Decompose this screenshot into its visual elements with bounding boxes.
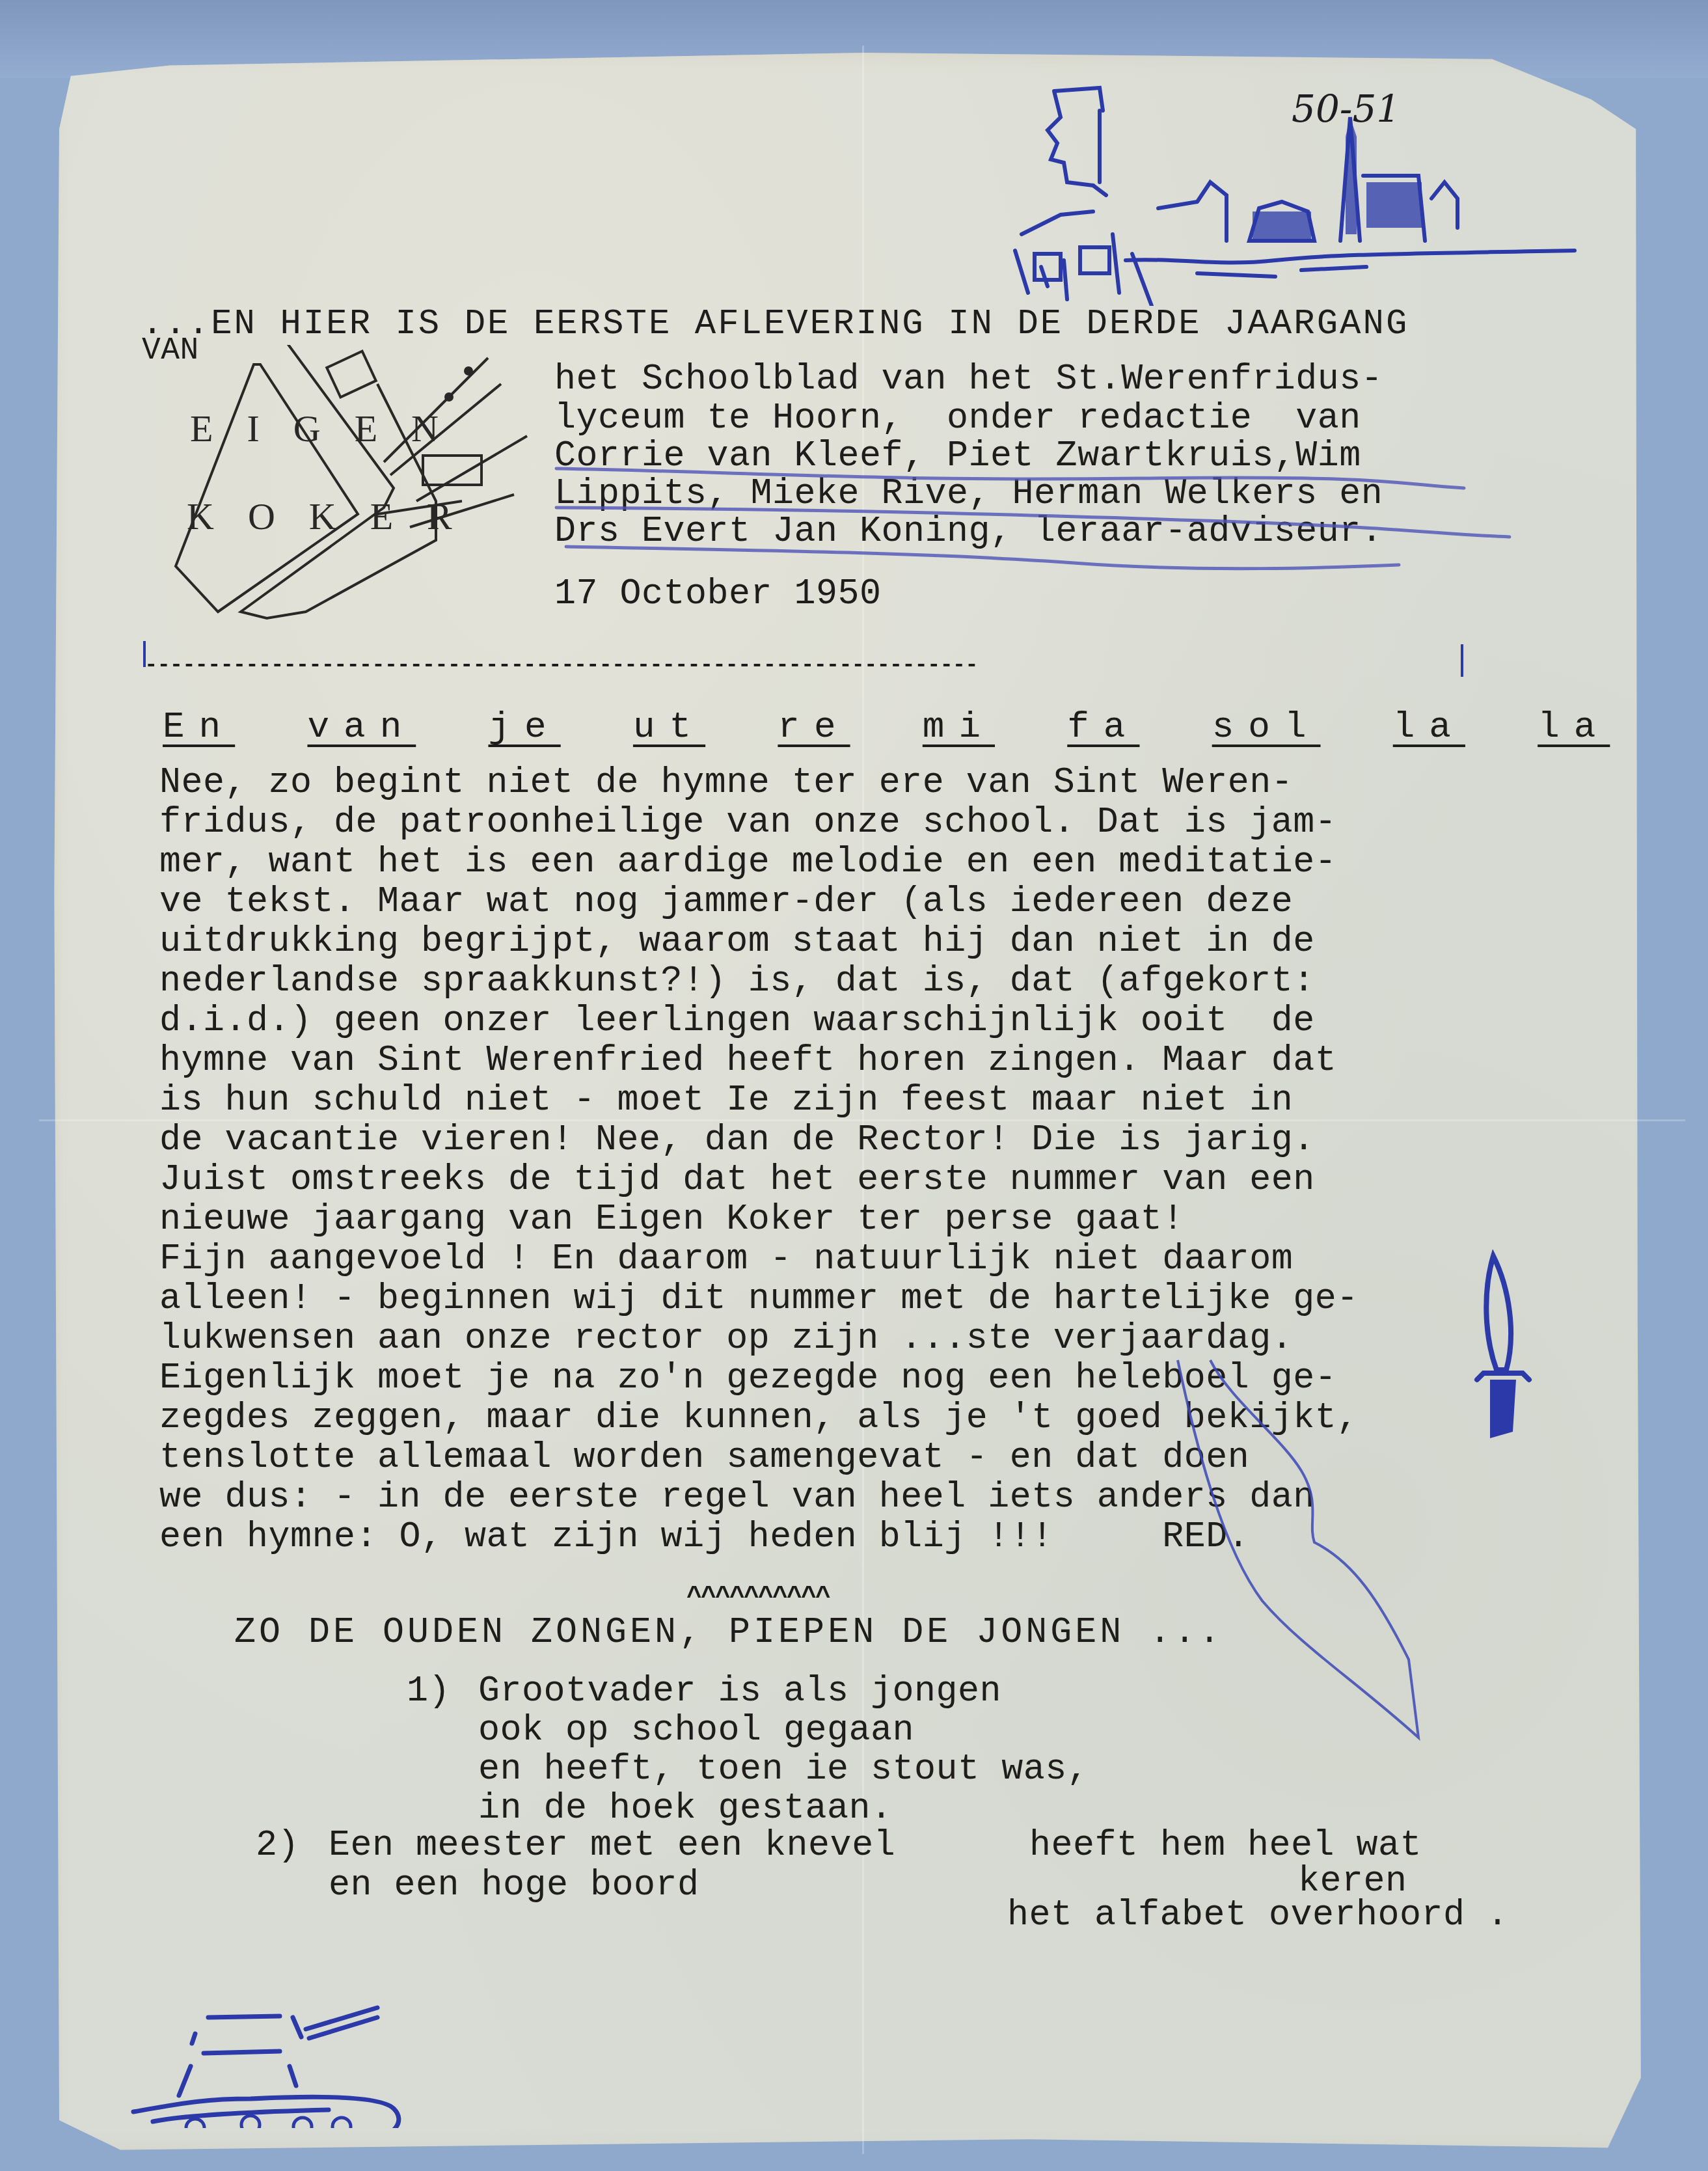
article-line: mer, want het is een aardige melodie en … [159, 842, 1336, 882]
article-line: lukwensen aan onze rector op zijn ...ste… [159, 1318, 1293, 1359]
article-line: Fijn aangevoeld ! En daarom - natuurlijk… [159, 1239, 1293, 1279]
verse-1-line: en heeft, toen ie stout was, [478, 1749, 1089, 1790]
separator-tick-right [1461, 644, 1463, 677]
article-line: uitdrukking begrijpt, waarom staat hij d… [159, 922, 1315, 962]
title-word: re [778, 706, 850, 748]
article-line: ve tekst. Maar wat nog jammer-der (als i… [159, 882, 1293, 922]
article-line: is hun schuld niet - moet Ie zijn feest … [159, 1080, 1293, 1121]
verse-2-right-line: het alfabet overhoord . [1007, 1895, 1509, 1935]
dashed-separator: ----------------------------------------… [144, 646, 978, 686]
title-word: la [1393, 706, 1465, 748]
pen-underlines-icon [553, 456, 1516, 586]
article-line: de vacantie vieren! Nee, dan de Rector! … [159, 1120, 1315, 1160]
article-line: fridus, de patroonheilige van onze schoo… [159, 802, 1336, 843]
logo-word-eigen: EIGEN [190, 407, 472, 450]
verse-2-left-line: en een hoge boord [329, 1865, 699, 1905]
title-word: mi [923, 706, 995, 748]
masthead-line: lyceum te Hoorn, onder redactie van [554, 398, 1361, 439]
verse-1-number: 1) [407, 1671, 450, 1712]
article-line: alleen! - beginnen wij dit nummer met de… [159, 1279, 1359, 1319]
article-line: d.i.d.) geen onzer leerlingen waarschijn… [159, 1001, 1315, 1041]
article-title: En van je ut re mi fa sol la la [163, 706, 1610, 748]
title-word: ut [633, 706, 705, 748]
article-line: tenslotte allemaal worden samengevat - e… [159, 1438, 1249, 1478]
article-line: we dus: - in de eerste regel van heel ie… [159, 1477, 1315, 1518]
article-line: een hymne: O, wat zijn wij heden blij !!… [159, 1517, 1249, 1557]
soldier-skyline-drawing-icon [1002, 72, 1588, 306]
article-line: Juist omstreeks de tijd dat het eerste n… [159, 1160, 1315, 1200]
verse-2-right-line: heeft hem heel wat [1029, 1825, 1422, 1866]
quiver-logo-icon [163, 345, 540, 631]
title-word: fa [1067, 706, 1139, 748]
logo-word-koker: KOKER [187, 495, 486, 538]
article-line: Nee, zo begint niet de hymne ter ere van… [159, 763, 1293, 803]
masthead-line: het Schoolblad van het St.Werenfridus- [554, 359, 1383, 400]
dagger-drawing-icon [1471, 1249, 1542, 1445]
poem-title: ZO DE OUDEN ZONGEN, PIEPEN DE JONGEN ... [234, 1613, 1223, 1653]
verse-1-line: Grootvader is als jongen [478, 1671, 1001, 1712]
title-word: sol [1212, 706, 1321, 748]
verse-1-line: in de hoek gestaan. [478, 1788, 893, 1829]
title-word: En [163, 706, 235, 748]
title-word: la [1538, 706, 1610, 748]
verse-1-line: ook op school gegaan [478, 1710, 914, 1751]
title-word: van [307, 706, 416, 748]
headline: ...EN HIER IS DE EERSTE AFLEVERING IN DE… [142, 305, 1409, 345]
verse-2-left-line: Een meester met een knevel [329, 1825, 895, 1866]
verse-2-number: 2) [256, 1825, 299, 1866]
article-line: nieuwe jaargang van Eigen Koker ter pers… [159, 1199, 1184, 1240]
tank-drawing-icon [120, 1998, 433, 2128]
article-line: nederlandse spraakkunst?!) is, dat is, d… [159, 961, 1315, 1002]
article-line: hymne van Sint Werenfried heeft horen zi… [159, 1041, 1336, 1081]
title-word: je [488, 706, 560, 748]
separator-tick-left [143, 641, 146, 667]
pen-loop-scribble-icon [1158, 1354, 1431, 1757]
